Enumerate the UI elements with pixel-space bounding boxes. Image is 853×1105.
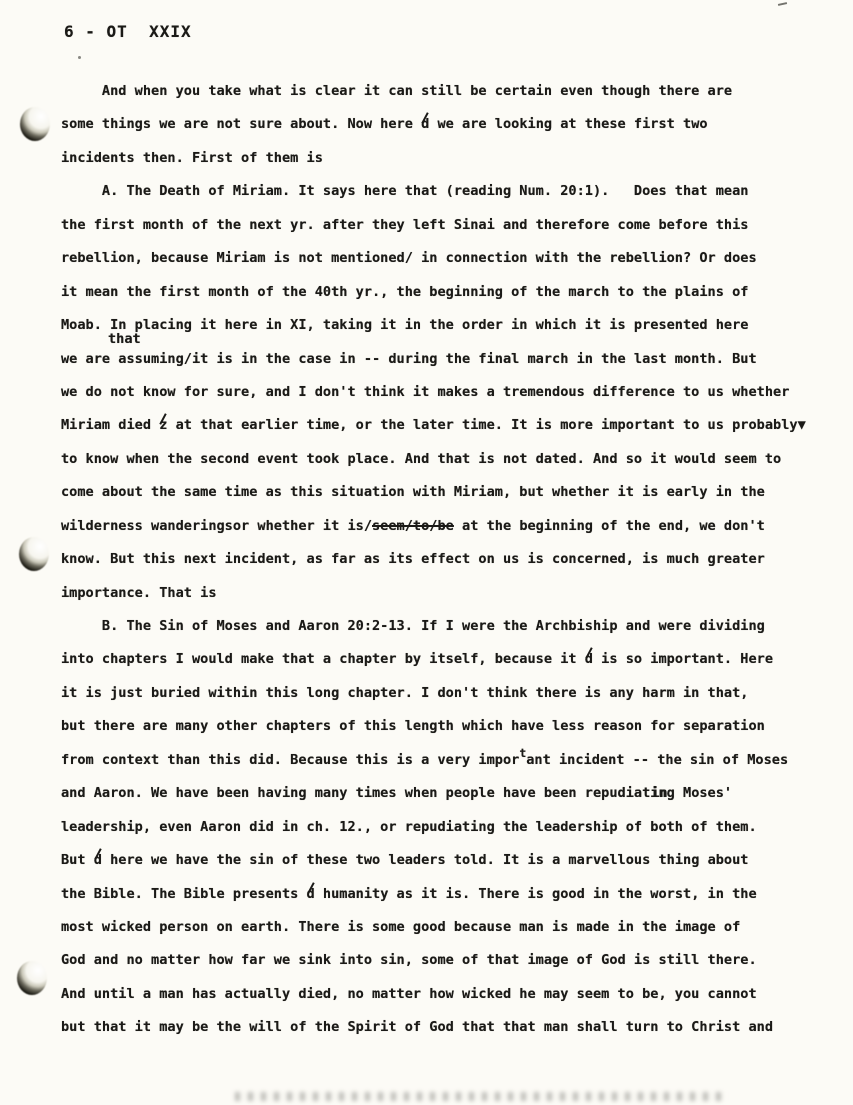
text-segment: wilderness wanderingsor whether it is/ <box>61 518 372 534</box>
text-line: some things we are not sure about. Now h… <box>61 108 821 141</box>
text-segment: leadership, even Aaron did in ch. 12., o… <box>61 819 757 835</box>
text-segment: ant incident -- the sin of Moses <box>526 752 788 768</box>
text-segment: but there are many other chapters of thi… <box>61 718 765 734</box>
text-line: come about the same time as this situati… <box>61 476 821 509</box>
struck-char: d <box>94 844 102 877</box>
text-segment: and Aaron. We have been having many time… <box>61 785 650 801</box>
text-line: we do not know for sure, and I don't thi… <box>61 376 821 409</box>
text-segment: here we have the sin of these two leader… <box>102 852 749 868</box>
text-segment: And until a man has actually died, no ma… <box>61 986 757 1002</box>
text-segment: is so important. Here <box>593 651 773 667</box>
text-line: from context than this did. Because this… <box>61 744 821 777</box>
text-segment: rebellion, because Miriam is not mention… <box>61 250 757 266</box>
text-segment: the Bible. The Bible presents <box>61 886 307 902</box>
binder-hole-shadow <box>20 107 50 141</box>
bottom-bleed-smudge <box>235 1092 725 1101</box>
text-segment: it is just buried within this long chapt… <box>61 685 748 701</box>
text-line: most wicked person on earth. There is so… <box>61 911 821 944</box>
text-line: but there are many other chapters of thi… <box>61 710 821 743</box>
text-segment: the first month of the next yr. after th… <box>61 217 748 233</box>
text-segment: some things we are not sure about. Now h… <box>61 116 421 132</box>
text-segment: most wicked person on earth. There is so… <box>61 919 740 935</box>
text-segment: into chapters I would make that a chapte… <box>61 651 585 667</box>
text-line: into chapters I would make that a chapte… <box>61 643 821 676</box>
text-line: leadership, even Aaron did in ch. 12., o… <box>61 811 821 844</box>
inserted-word-that: that <box>108 331 141 347</box>
text-line: but that it may be the will of the Spiri… <box>61 1011 821 1044</box>
text-segment: And when you take what is clear it can s… <box>61 83 732 99</box>
text-segment: we do not know for sure, and I don't thi… <box>61 384 789 400</box>
text-segment: come about the same time as this situati… <box>61 484 765 500</box>
text-segment: Moab. In placing it here in XI, taking i… <box>61 317 748 333</box>
text-line: incidents then. First of them is <box>61 142 821 175</box>
overtyped-letters: in <box>650 785 666 801</box>
text-segment: importance. That is <box>61 585 217 601</box>
text-line: B. The Sin of Moses and Aaron 20:2-13. I… <box>61 610 821 643</box>
text-segment: at that earlier time, or the later time.… <box>167 417 805 433</box>
text-segment: God and no matter how far we sink into s… <box>61 952 757 968</box>
text-segment: A. The Death of Miriam. It says here tha… <box>61 183 748 199</box>
document-body: And when you take what is clear it can s… <box>61 75 821 1045</box>
text-segment: but that it may be the will of the Spiri… <box>61 1019 773 1035</box>
struck-char: d <box>421 108 429 141</box>
text-line: A. The Death of Miriam. It says here tha… <box>61 175 821 208</box>
text-line: Miriam died z at that earlier time, or t… <box>61 409 821 442</box>
text-segment: But <box>61 852 94 868</box>
ink-speck <box>778 2 787 6</box>
text-segment: we are looking at these first two <box>429 116 707 132</box>
document-page: 6 - OT XXIX And when you take what is cl… <box>0 0 853 1105</box>
ink-speck <box>78 56 81 59</box>
text-line: And when you take what is clear it can s… <box>61 75 821 108</box>
text-line: rebellion, because Miriam is not mention… <box>61 242 821 275</box>
text-line: and Aaron. We have been having many time… <box>61 777 821 810</box>
struck-char: z <box>159 409 167 442</box>
text-segment: we are assuming/it is in the case in -- … <box>61 351 757 367</box>
text-segment: from context than this did. Because this… <box>61 752 519 768</box>
text-segment: Miriam died <box>61 417 159 433</box>
text-segment: incidents then. First of them is <box>61 150 323 166</box>
text-line: the first month of the next yr. after th… <box>61 209 821 242</box>
text-segment: it mean the first month of the 40th yr.,… <box>61 284 748 300</box>
inserted-letter: t <box>519 737 526 770</box>
text-line: importance. That is <box>61 577 821 610</box>
text-segment: know. But this next incident, as far as … <box>61 551 765 567</box>
text-line: And until a man has actually died, no ma… <box>61 978 821 1011</box>
text-segment: to know when the second event took place… <box>61 451 781 467</box>
text-line: to know when the second event took place… <box>61 443 821 476</box>
struck-char: d <box>585 643 593 676</box>
binder-hole-shadow <box>17 961 47 995</box>
text-line: it mean the first month of the 40th yr.,… <box>61 276 821 309</box>
text-segment: B. The Sin of Moses and Aaron 20:2-13. I… <box>61 618 765 634</box>
struck-text: seem/to/be <box>372 518 454 534</box>
text-line: But d here we have the sin of these two … <box>61 844 821 877</box>
binder-hole-shadow <box>19 537 49 571</box>
text-line: know. But this next incident, as far as … <box>61 543 821 576</box>
text-line: wilderness wanderingsor whether it is/se… <box>61 510 821 543</box>
struck-char: d <box>307 878 315 911</box>
text-segment: g Moses' <box>667 785 732 801</box>
text-line: we are assuming/it is in the case in -- … <box>61 343 821 376</box>
page-header: 6 - OT XXIX <box>64 22 192 41</box>
text-line: God and no matter how far we sink into s… <box>61 944 821 977</box>
text-segment: humanity as it is. There is good in the … <box>315 886 757 902</box>
text-line: the Bible. The Bible presents d humanity… <box>61 878 821 911</box>
text-line: it is just buried within this long chapt… <box>61 677 821 710</box>
text-line: Moab. In placing it here in XI, taking i… <box>61 309 821 342</box>
text-segment: at the beginning of the end, we don't <box>454 518 765 534</box>
